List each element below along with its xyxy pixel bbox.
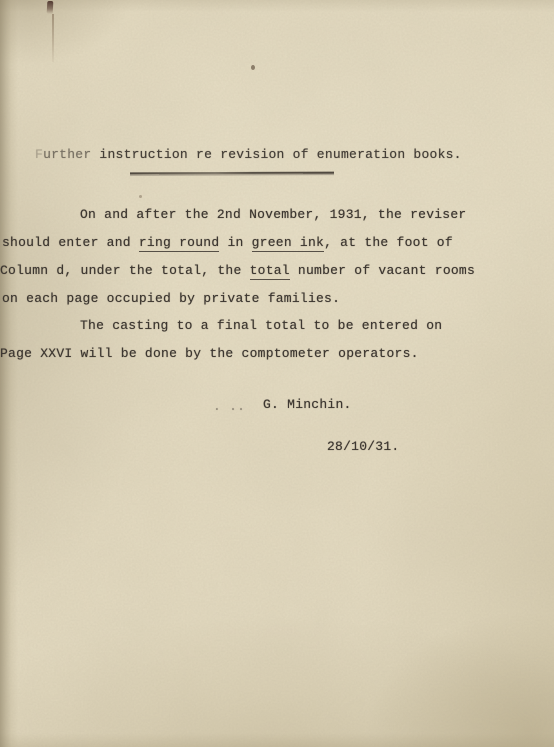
text-segment: , at the foot of <box>324 235 453 250</box>
paragraph-line: The casting to a final total to be enter… <box>80 317 442 334</box>
paragraph-line: On and after the 2nd November, 1931, the… <box>80 206 466 223</box>
signature: G. Minchin. <box>263 396 352 413</box>
text-segment: Column d, under the total, the <box>0 263 250 278</box>
underlined-text: total <box>250 263 290 280</box>
text-segment: should enter and <box>2 235 139 250</box>
paragraph-line: should enter and ring round in green ink… <box>2 234 453 251</box>
text-segment: number of vacant rooms <box>290 263 475 278</box>
paper-texture <box>0 0 554 747</box>
title-underline <box>130 172 334 175</box>
text-segment: The casting to a final total to be enter… <box>80 318 442 333</box>
paper-speck <box>251 65 255 70</box>
text-segment: urther <box>43 147 99 162</box>
text-segment: in <box>219 235 251 250</box>
signature-ink-dots: . .. <box>213 398 245 415</box>
paragraph-line: Column d, under the total, the total num… <box>0 262 475 279</box>
ink-smudge-mark <box>47 1 54 14</box>
text-segment: instruction re revision of enumeration b… <box>99 147 461 162</box>
paper-speck <box>139 195 142 198</box>
document-title: Further instruction re revision of enume… <box>35 146 462 163</box>
text-segment: on each page occupied by private familie… <box>2 291 340 306</box>
scanned-document-page: Further instruction re revision of enume… <box>0 0 554 747</box>
underlined-text: green ink <box>252 235 324 252</box>
paper-scratch <box>52 14 54 62</box>
text-segment: F <box>35 147 43 162</box>
date: 28/10/31. <box>327 438 399 455</box>
paragraph-line: Page XXVI will be done by the comptomete… <box>0 345 419 362</box>
underlined-text: ring round <box>139 235 220 252</box>
paragraph-line: on each page occupied by private familie… <box>2 290 340 307</box>
text-segment: On and after the 2nd November, 1931, the… <box>80 207 466 222</box>
text-segment: Page XXVI will be done by the comptomete… <box>0 346 419 361</box>
